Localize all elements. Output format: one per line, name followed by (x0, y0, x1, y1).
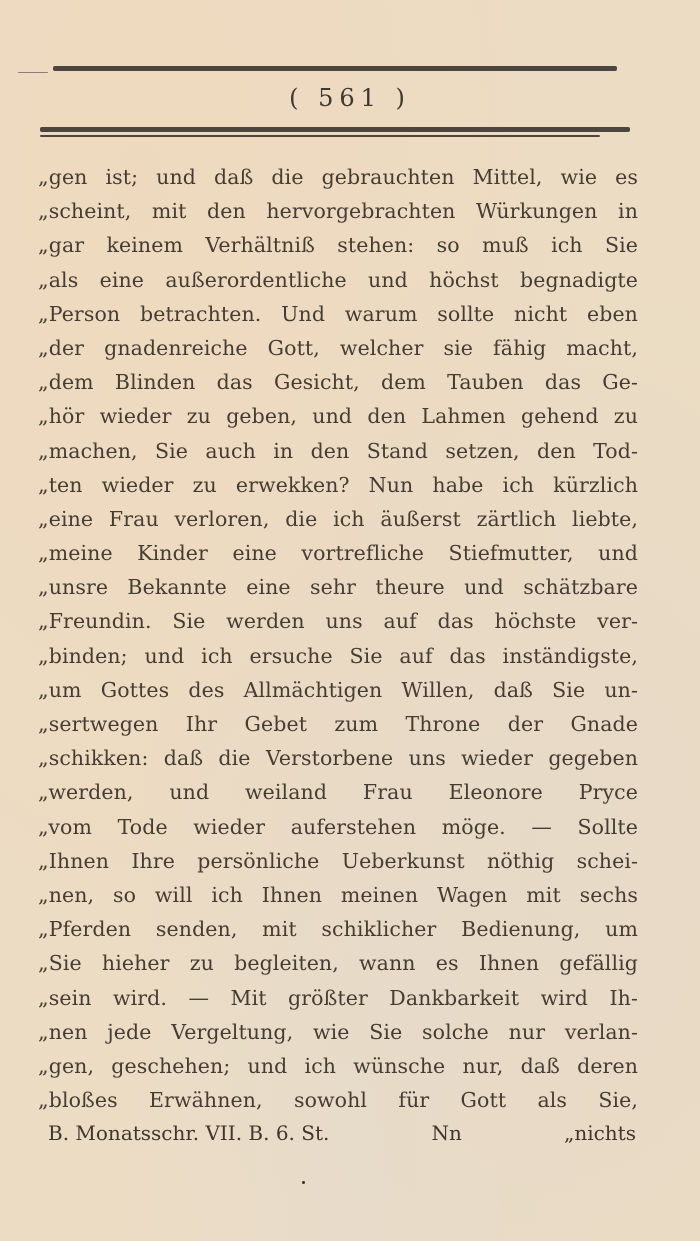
text-line: „gen, geschehen; und ich wünsche nur, da… (38, 1049, 638, 1083)
catchword: „nichts (564, 1121, 636, 1145)
book-page: ( 561 ) „gen ist; und daß die gebrauchte… (0, 0, 700, 1241)
text-line: „Person betrachten. Und warum sollte nic… (38, 297, 638, 331)
text-line: „eine Frau verloren, die ich äußerst zär… (38, 502, 638, 536)
page-number: ( 561 ) (0, 84, 700, 112)
header-rule-bottom-thin (40, 135, 600, 137)
sheet-mark: Nn (431, 1121, 461, 1145)
header-rule-top (53, 66, 617, 71)
text-line: „um Gottes des Allmächtigen Willen, daß … (38, 673, 638, 707)
text-line: „binden; und ich ersuche Sie auf das ins… (38, 639, 638, 673)
text-line: „der gnadenreiche Gott, welcher sie fähi… (38, 331, 638, 365)
header-rule-bottom-thick (40, 127, 630, 132)
text-line: „nen, so will ich Ihnen meinen Wagen mit… (38, 878, 638, 912)
text-line: „sein wird. — Mit größter Dankbarkeit wi… (38, 981, 638, 1015)
text-line: „sertwegen Ihr Gebet zum Throne der Gnad… (38, 707, 638, 741)
text-line: „gen ist; und daß die gebrauchten Mittel… (38, 160, 638, 194)
text-line: „Pferden senden, mit schiklicher Bedienu… (38, 912, 638, 946)
text-line: „meine Kinder eine vortrefliche Stiefmut… (38, 536, 638, 570)
signature-mark: B. Monatsschr. VII. B. 6. St. (48, 1121, 329, 1145)
text-line: „dem Blinden das Gesicht, dem Tauben das… (38, 365, 638, 399)
paper-speck (302, 1181, 305, 1184)
text-line: „machen, Sie auch in den Stand setzen, d… (38, 434, 638, 468)
text-line: „vom Tode wieder auferstehen möge. — Sol… (38, 810, 638, 844)
text-line: „Sie hieher zu begleiten, wann es Ihnen … (38, 946, 638, 980)
text-line: „unsre Bekannte eine sehr theure und sch… (38, 570, 638, 604)
text-line: „gar keinem Verhältniß stehen: so muß ic… (38, 228, 638, 262)
text-line: „Ihnen Ihre persönliche Ueberkunst nöthi… (38, 844, 638, 878)
text-line: „als eine außerordentliche und höchst be… (38, 263, 638, 297)
text-line: „ten wieder zu erwekken? Nun habe ich kü… (38, 468, 638, 502)
body-text: „gen ist; und daß die gebrauchten Mittel… (38, 160, 638, 1117)
text-line: „Freundin. Sie werden uns auf das höchst… (38, 604, 638, 638)
text-line: „bloßes Erwähnen, sowohl für Gott als Si… (38, 1083, 638, 1117)
text-line: „werden, und weiland Frau Eleonore Pryce (38, 775, 638, 809)
header-rule-lead (18, 72, 48, 73)
text-line: „hör wieder zu geben, und den Lahmen geh… (38, 399, 638, 433)
text-line: „schikken: daß die Verstorbene uns wiede… (38, 741, 638, 775)
text-line: „nen jede Vergeltung, wie Sie solche nur… (38, 1015, 638, 1049)
text-line: „scheint, mit den hervorgebrachten Würku… (38, 194, 638, 228)
page-footer: B. Monatsschr. VII. B. 6. St. Nn „nichts (48, 1121, 636, 1145)
